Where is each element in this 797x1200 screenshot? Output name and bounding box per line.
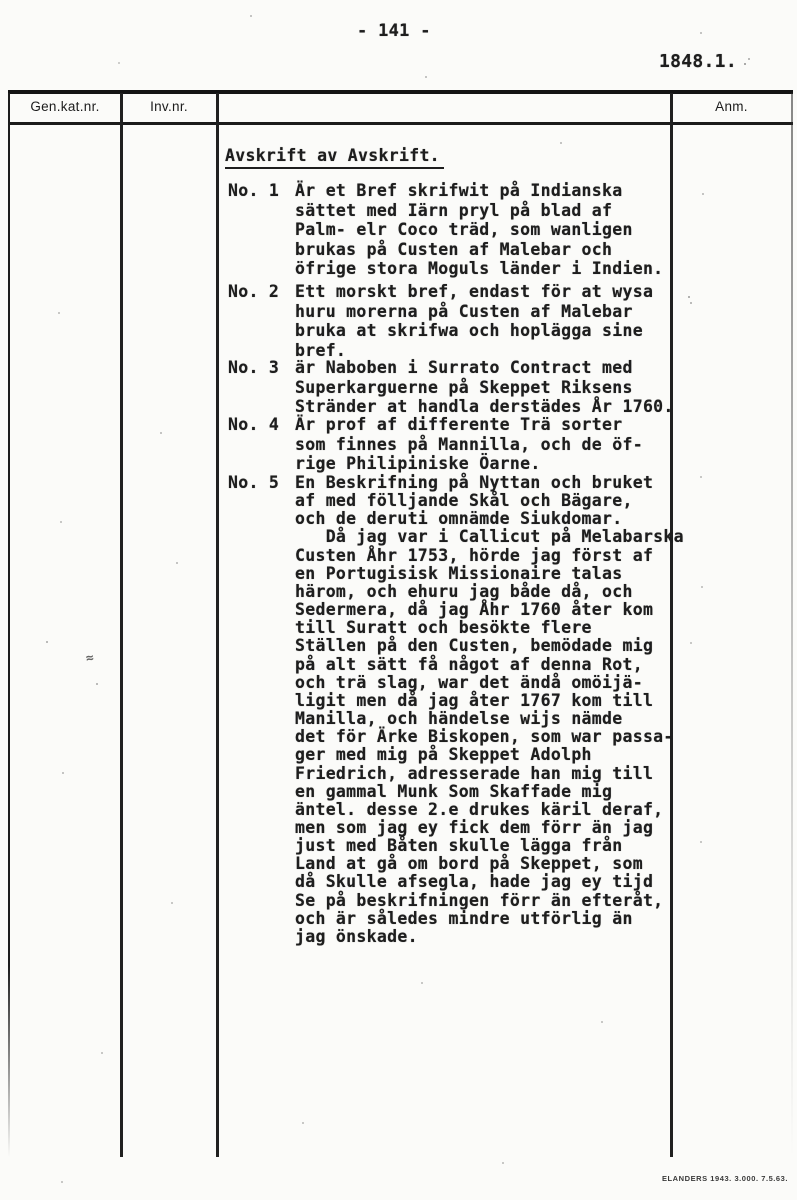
table-left-border (8, 93, 10, 1157)
entry-text: är Naboben i Surrato Contract med Superk… (295, 358, 674, 417)
catalog-entry-no-3: No. 3 är Naboben i Surrato Contract med … (228, 358, 674, 417)
entry-number: No. 3 (228, 358, 295, 378)
scanned-catalog-page: - 141 - 1848.1. Gen.kat.nr. Inv.nr. Anm.… (0, 0, 797, 1200)
entry-number: No. 1 (228, 181, 295, 201)
archive-reference-number: 1848.1. (659, 51, 737, 72)
entry-number: No. 4 (228, 415, 295, 435)
column-divider-genkat-inv (120, 93, 123, 1157)
section-heading: Avskrift av Avskrift. (225, 146, 444, 169)
catalog-entry-no-2: No. 2 Ett morskt bref, endast för at wys… (228, 282, 653, 360)
entry-text: Är prof af differente Trä sorter som fin… (295, 415, 643, 474)
catalog-entry-no-4: No. 4 Är prof af differente Trä sorter s… (228, 415, 643, 474)
table-header-underline (8, 122, 793, 125)
margin-pencil-mark: ≈ (85, 650, 96, 666)
entry-text: Är et Bref skrifwit på Indianska sättet … (295, 181, 663, 279)
column-divider-inv-main (216, 93, 219, 1157)
entry-number: No. 2 (228, 282, 295, 302)
table-right-border (791, 93, 793, 1157)
catalog-entry-no-1: No. 1 Är et Bref skrifwit på Indianska s… (228, 181, 663, 279)
column-header-anm: Anm. (672, 99, 791, 114)
printer-imprint: ELANDERS 1943. 3.000. 7.5.63. (662, 1174, 788, 1183)
catalog-entry-no-5: No. 5 En Beskrifning på Nyttan och bruke… (228, 474, 684, 946)
column-header-inv-nr: Inv.nr. (122, 99, 216, 114)
column-header-gen-kat-nr: Gen.kat.nr. (10, 99, 120, 114)
entry-text: En Beskrifning på Nyttan och bruket af m… (295, 474, 684, 946)
entry-text: Ett morskt bref, endast för at wysa huru… (295, 282, 653, 360)
table-top-border (8, 90, 793, 94)
page-number: - 141 - (357, 21, 431, 41)
entry-number: No. 5 (228, 474, 295, 492)
paper-speckles (0, 0, 2, 2)
